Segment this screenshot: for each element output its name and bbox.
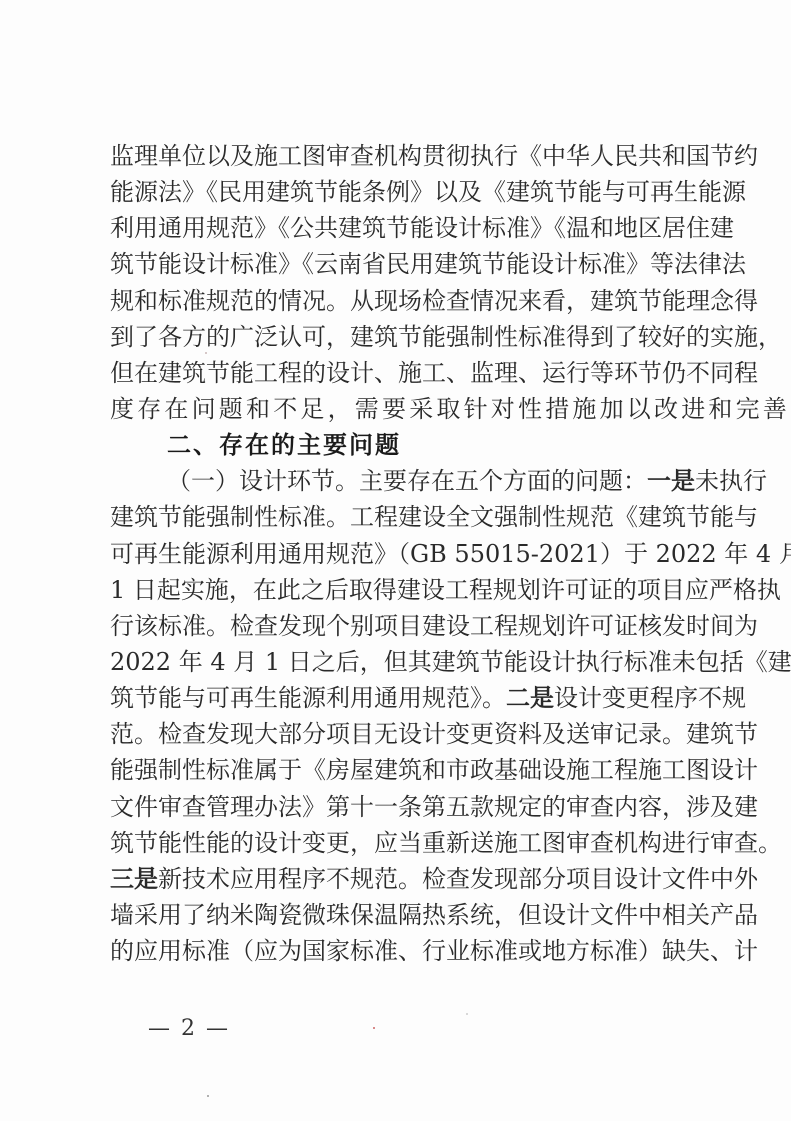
page-number: — 2 — — [148, 1016, 230, 1041]
scan-speck — [205, 352, 207, 354]
section-heading: 二、存在的主要问题 — [110, 427, 690, 463]
text-line: 到了各方的广泛认可，建筑节能强制性标准得到了较好的实施， — [110, 319, 690, 355]
text-line: 2022 年 4 月 1 日之后，但其建筑节能设计执行标准未包括《建 — [110, 644, 690, 680]
document-page: 监理单位以及施工图审查机构贯彻执行《中华人民共和国节约 能源法》《民用建筑节能条… — [0, 0, 791, 1121]
text-line: 筑节能性能的设计变更，应当重新送施工图审查机构进行审查。 — [110, 825, 690, 861]
text-line: （一）设计环节。主要存在五个方面的问题：一是未执行 — [110, 463, 690, 499]
emphasis-text: 三是 — [110, 865, 158, 893]
text-line: 可再生能源利用通用规范》（GB 55015-2021）于 2022 年 4 月 — [110, 536, 690, 572]
text-line: 三是新技术应用程序不规范。检查发现部分项目设计文件中外 — [110, 861, 690, 897]
text-span: 新技术应用程序不规范。检查发现部分项目设计文件中外 — [158, 865, 758, 893]
text-line: 建筑节能强制性标准。工程建设全文强制性规范《建筑节能与 — [110, 499, 690, 535]
text-span: 未执行 — [695, 467, 767, 495]
text-span: 筑节能与可再生能源利用通用规范》。 — [110, 684, 506, 712]
text-line: 但在建筑节能工程的设计、施工、监理、运行等环节仍不同程 — [110, 355, 690, 391]
text-span: （一）设计环节。主要存在五个方面的问题： — [167, 467, 647, 495]
body-text: 监理单位以及施工图审查机构贯彻执行《中华人民共和国节约 能源法》《民用建筑节能条… — [110, 138, 690, 969]
text-line: 墙采用了纳米陶瓷微珠保温隔热系统，但设计文件中相关产品 — [110, 897, 690, 933]
text-line: 规和标准规范的情况。从现场检查情况来看，建筑节能理念得 — [110, 283, 690, 319]
text-span: 设计变更程序不规 — [554, 684, 746, 712]
text-line: 的应用标准（应为国家标准、行业标准或地方标准）缺失、计 — [110, 933, 690, 969]
emphasis-text: 二是 — [506, 684, 554, 712]
text-line: 文件审查管理办法》第十一条第五款规定的审查内容，涉及建 — [110, 789, 690, 825]
text-line: 利用通用规范》《公共建筑节能设计标准》《温和地区居住建 — [110, 210, 690, 246]
text-line: 能强制性标准属于《房屋建筑和市政基础设施工程施工图设计 — [110, 752, 690, 788]
text-line: 筑节能设计标准》《云南省民用建筑节能设计标准》等法律法 — [110, 246, 690, 282]
text-line: 1 日起实施，在此之后取得建设工程规划许可证的项目应严格执 — [110, 572, 690, 608]
text-line: 度存在问题和不足，需要采取针对性措施加以改进和完善。 — [110, 391, 690, 427]
scan-speck — [207, 1095, 209, 1097]
scan-speck — [373, 1027, 375, 1029]
text-line: 筑节能与可再生能源利用通用规范》。二是设计变更程序不规 — [110, 680, 690, 716]
scan-speck — [466, 1013, 468, 1015]
emphasis-text: 一是 — [647, 467, 695, 495]
text-line: 能源法》《民用建筑节能条例》以及《建筑节能与可再生能源 — [110, 174, 690, 210]
text-line: 行该标准。检查发现个别项目建设工程规划许可证核发时间为 — [110, 608, 690, 644]
text-line: 范。检查发现大部分项目无设计变更资料及送审记录。建筑节 — [110, 716, 690, 752]
text-line: 监理单位以及施工图审查机构贯彻执行《中华人民共和国节约 — [110, 138, 690, 174]
